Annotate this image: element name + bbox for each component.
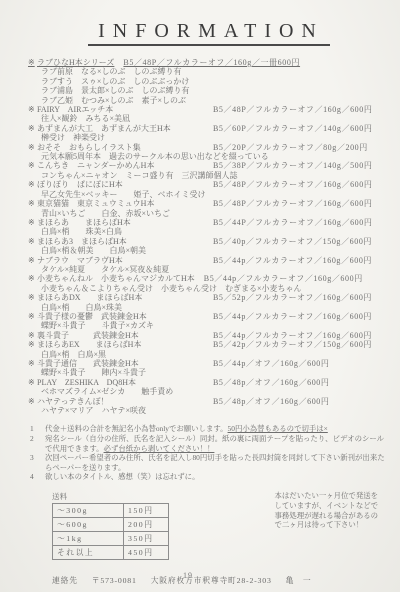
catalog-item-row: ※東京猫猫 東京ミュウミュウH本B5／48P／フルカラーオフ／160g／600円	[28, 199, 390, 208]
item-title: 小麦ちゃんねル 小麦ちゃんマジカルてH本	[37, 274, 195, 283]
note-number: 1	[28, 424, 45, 434]
item-spec: B5／48p／オフ／160g／600円	[213, 397, 330, 406]
item-marker: ※	[28, 143, 37, 152]
item-marker: ※	[28, 397, 37, 406]
item-spec: B5／48p／オフ／160g／600円	[213, 378, 330, 387]
item-title: まほらあ3 まほらばH本	[37, 237, 213, 246]
item-marker: ※	[28, 218, 37, 227]
shipping-note-line: で二ヶ月は待って下さい！	[275, 520, 378, 530]
page-title: INFORMATION	[88, 20, 330, 46]
item-pairing-line: 榊受け 神楽受け	[28, 133, 390, 142]
catalog-item-row: ※ぽりぽり ぱにぽにH本B5／48P／フルカラーオフ／160g／600円	[28, 180, 390, 189]
item-spec: B5／44p／フルカラーオフ／160g／600円	[204, 274, 363, 283]
note-text-part: 宛名シール（自分の住所、氏名を記入シール）同封。紙の裏に両面テープを貼ったり、ビ…	[45, 434, 384, 453]
item-title: ラブひなH本シリーズ	[37, 58, 114, 67]
item-pairing-line: 白鳥×梢＆朝美 白鳥×朝美	[28, 246, 390, 255]
note-text: 代金＋送料の合計を無記名小為替onlyでお願いします。50円小為替もあるので切手…	[45, 424, 390, 434]
item-title: 東京猫猫 東京ミュウミュウH本	[37, 199, 213, 208]
item-marker: ※	[28, 180, 37, 189]
catalog-item-row: ※PLAY ZESHIKA DQ8H本B5／48p／オフ／160g／600円	[28, 378, 390, 387]
item-pairing-line: 白鳥×梢 珠美×白鳥	[28, 227, 390, 236]
shipping-row: ～600g200円	[53, 518, 169, 532]
item-pairing-line: ラブ浦島 景太郎×しのぶ しのぶ縛り有	[28, 86, 390, 95]
note-text-part: 代金＋送料の合計を無記名小為替onlyでお願いします。	[45, 424, 228, 433]
item-marker: ※	[28, 161, 37, 170]
catalog-item-row: ※おそそ おもらしイラスト集B5／20P／フルカラーオフ／80g／200円	[28, 143, 390, 152]
item-title: PLAY ZESHIKA DQ8H本	[37, 378, 213, 387]
shipping-section: 送料 ～300g150円～600g200円～1kg350円それ以上450円 本は…	[28, 491, 390, 560]
note-number: 3	[28, 453, 45, 472]
item-title: 斗貴子様の憂鬱 武装錬金H本	[37, 312, 213, 321]
item-marker: ※	[28, 199, 37, 208]
item-title: 裏斗貴子 武装錬金H本	[37, 331, 213, 340]
note-row: 1代金＋送料の合計を無記名小為替onlyでお願いします。50円小為替もあるので切…	[28, 424, 390, 434]
item-spec: B5／48P／フルカラーオフ／160g／600円	[213, 199, 372, 208]
item-spec: B5／42p／フルカラーオフ／150g／600円	[213, 340, 372, 349]
page-number: 19	[0, 571, 376, 580]
item-spec: B5／40p／フルカラーオフ／150g／600円	[213, 237, 372, 246]
note-number: 2	[28, 434, 45, 453]
scanned-info-page: INFORMATION ※ラブひなH本シリーズB5／48P／フルカラーオフ／16…	[0, 0, 400, 592]
item-spec: B5／44p／フルカラーオフ／160g／600円	[213, 331, 372, 340]
note-text: 宛名シール（自分の住所、氏名を記入シール）同封。紙の裏に両面テープを貼ったり、ビ…	[45, 434, 390, 453]
shipping-fee-block: 送料 ～300g150円～600g200円～1kg350円それ以上450円	[52, 491, 169, 560]
item-marker: ※	[28, 340, 37, 349]
note-row: 4欲しい本のタイトル、感想（笑）は忘れずに。	[28, 472, 390, 482]
item-pairing-line: タケル×純夏 タケル×冥夜＆純夏	[28, 265, 390, 274]
note-row: 3次回ペーパー希望者のみ住所、氏名を記入し80円切手を貼った長四封筒を同封して下…	[28, 453, 390, 472]
shipping-price: 150円	[124, 504, 169, 518]
item-marker: ※	[28, 58, 37, 67]
shipping-fee-table: ～300g150円～600g200円～1kg350円それ以上450円	[52, 503, 169, 560]
item-spec: B5／52p／フルカラーオフ／160g／600円	[213, 293, 372, 302]
item-marker: ※	[28, 378, 37, 387]
note-text-underlined: 必ず台紙から剥いてください！！	[104, 444, 215, 453]
item-pairing-line: 青山×いちご 白金、赤坂×いちご	[28, 209, 390, 218]
catalog-item-row: ※ナブラウ マブラヴH本B5／44p／フルカラーオフ／160g／600円	[28, 256, 390, 265]
item-spec: B5／44P／フルカラーオフ／160g／600円	[213, 218, 372, 227]
item-pairing-line: 蝶野×斗貴子 陣内×斗貴子	[28, 368, 390, 377]
note-text-part: 欲しい本のタイトル、感想（笑）は忘れずに。	[45, 472, 199, 481]
item-pairing-line: 早乙女先生×ベッキー 姫子、ベホイミ受け	[28, 190, 390, 199]
item-spec: B5／60P／フルカラーオフ／140g／600円	[213, 124, 372, 133]
catalog-item-row: ※まほらあEX まほらばH本B5／42p／フルカラーオフ／150g／600円	[28, 340, 390, 349]
item-title: こんちき ニャンダーかめんH本	[37, 161, 213, 170]
note-text-part: 次回ペーパー希望者のみ住所、氏名を記入し80円切手を貼った長四封筒を同封して下さ…	[45, 453, 385, 472]
item-pairing-line: ハヤテ×マリア ハヤテ×咲夜	[28, 406, 390, 415]
item-title: ぽりぽり ぱにぽにH本	[37, 180, 213, 189]
item-title: まほらあEX まほらばH本	[37, 340, 213, 349]
item-marker: ※	[28, 359, 37, 368]
item-title: まほらあDX まほらばH本	[37, 293, 213, 302]
item-spec: B5／44p／フルカラーオフ／160g／600円	[213, 256, 372, 265]
shipping-price: 450円	[124, 546, 169, 560]
item-pairing-line: 蝶野×斗貴子 斗貴子×カズキ	[28, 321, 390, 330]
catalog-item-row: ※こんちき ニャンダーかめんH本B5／38P／フルカラーオフ／140g／500円	[28, 161, 390, 170]
item-pairing-line: 往人×観鈴 みちる×美凪	[28, 114, 390, 123]
item-pairing-line: 小麦ちゃん＆こよりちゃん受け 小麦ちゃん受け むぎまる×小麦ちゃん	[28, 284, 390, 293]
catalog-item-row: ※まほらあDX まほらばH本B5／52p／フルカラーオフ／160g／600円	[28, 293, 390, 302]
item-marker: ※	[28, 312, 37, 321]
item-marker: ※	[28, 293, 37, 302]
item-marker: ※	[28, 256, 37, 265]
ordering-notes-list: 1代金＋送料の合計を無記名小為替onlyでお願いします。50円小為替もあるので切…	[28, 424, 390, 482]
item-marker: ※	[28, 331, 37, 340]
shipping-note-line: 本はだいたい一ヶ月位で発送を	[275, 491, 378, 501]
item-spec: B5／20P／フルカラーオフ／80g／200円	[213, 143, 368, 152]
item-title: おそそ おもらしイラスト集	[37, 143, 213, 152]
note-number: 4	[28, 472, 45, 482]
item-pairing-line: ラブすう スゥ×しのぶ しのぶぶっかけ	[28, 77, 390, 86]
catalog-item-row: ※ラブひなH本シリーズB5／48P／フルカラーオフ／160g／一冊600円	[28, 58, 390, 67]
item-spec: B5／44p／フルカラーオフ／160g／600円	[213, 312, 372, 321]
catalog-item-row: ※あずまんが大工 あずまんが大王H本B5／60P／フルカラーオフ／140g／60…	[28, 124, 390, 133]
shipping-weight: それ以上	[53, 546, 124, 560]
item-spec: B5／48P／フルカラーオフ／160g／600円	[213, 105, 372, 114]
note-text-underlined: 50円小為替もあるので切手は×	[228, 424, 328, 433]
shipping-weight: ～300g	[53, 504, 124, 518]
shipping-delay-note: 本はだいたい一ヶ月位で発送をしていますが、イベントなどで事務処理が遅れる場合があ…	[275, 491, 378, 530]
item-pairing-line: ラブ乙姫 むつみ×しのぶ 素子×しのぶ	[28, 96, 390, 105]
item-pairing-line: ラブ前原 なる×しのぶ しのぶ縛り有	[28, 67, 390, 76]
catalog-item-row: ※まほらあ まほらばH本B5／44P／フルカラーオフ／160g／600円	[28, 218, 390, 227]
shipping-price: 200円	[124, 518, 169, 532]
catalog-item-row: ※ハヤテっテきんぼ！B5／48p／オフ／160g／600円	[28, 397, 390, 406]
item-pairing-line: 白鳥×梢 白鳥×黒	[28, 350, 390, 359]
item-title: ハヤテっテきんぼ！	[37, 397, 213, 406]
item-pairing-line: コンちゃん×ニャオン ミーコ盛り有 三沢講師個人誌	[28, 171, 390, 180]
note-text: 欲しい本のタイトル、感想（笑）は忘れずに。	[45, 472, 390, 482]
item-spec: B5／48P／フルカラーオフ／160g／一冊600円	[123, 58, 300, 67]
shipping-weight: ～1kg	[53, 532, 124, 546]
item-spec: B5／44p／オフ／160g／600円	[213, 359, 330, 368]
shipping-row: それ以上450円	[53, 546, 169, 560]
item-title: ナブラウ マブラヴH本	[37, 256, 213, 265]
catalog-item-row: ※斗貴子通信 武装錬金H本B5／44p／オフ／160g／600円	[28, 359, 390, 368]
note-text: 次回ペーパー希望者のみ住所、氏名を記入し80円切手を貼った長四封筒を同封して下さ…	[45, 453, 390, 472]
item-pairing-line: 白鳥×梢 白鳥×珠美	[28, 303, 390, 312]
shipping-label: 送料	[52, 491, 169, 502]
book-catalog-list: ※ラブひなH本シリーズB5／48P／フルカラーオフ／160g／一冊600円ラブ前…	[28, 58, 390, 415]
item-marker: ※	[28, 124, 37, 133]
item-title: 斗貴子通信 武装錬金H本	[37, 359, 213, 368]
catalog-item-row: ※小麦ちゃんねル 小麦ちゃんマジカルてH本B5／44p／フルカラーオフ／160g…	[28, 274, 390, 283]
item-title: あずまんが大工 あずまんが大王H本	[37, 124, 213, 133]
note-row: 2宛名シール（自分の住所、氏名を記入シール）同封。紙の裏に両面テープを貼ったり、…	[28, 434, 390, 453]
catalog-item-row: ※斗貴子様の憂鬱 武装錬金H本B5／44p／フルカラーオフ／160g／600円	[28, 312, 390, 321]
shipping-weight: ～600g	[53, 518, 124, 532]
shipping-price: 350円	[124, 532, 169, 546]
item-spec: B5／48P／フルカラーオフ／160g／600円	[213, 180, 372, 189]
item-marker: ※	[28, 237, 37, 246]
item-marker: ※	[28, 105, 37, 114]
shipping-row: ～1kg350円	[53, 532, 169, 546]
item-title: まほらあ まほらばH本	[37, 218, 213, 227]
shipping-note-line: していますが、イベントなどで	[275, 501, 378, 511]
shipping-note-line: 事務処理が遅れる場合があるの	[275, 511, 378, 521]
catalog-item-row: ※裏斗貴子 武装錬金H本B5／44p／フルカラーオフ／160g／600円	[28, 331, 390, 340]
shipping-row: ～300g150円	[53, 504, 169, 518]
catalog-item-row: ※まほらあ3 まほらばH本B5／40p／フルカラーオフ／150g／600円	[28, 237, 390, 246]
item-spec: B5／38P／フルカラーオフ／140g／500円	[213, 161, 372, 170]
item-pairing-line: ベホマズライム×ゼシカ 触手責め	[28, 387, 390, 396]
item-marker: ※	[28, 274, 37, 283]
